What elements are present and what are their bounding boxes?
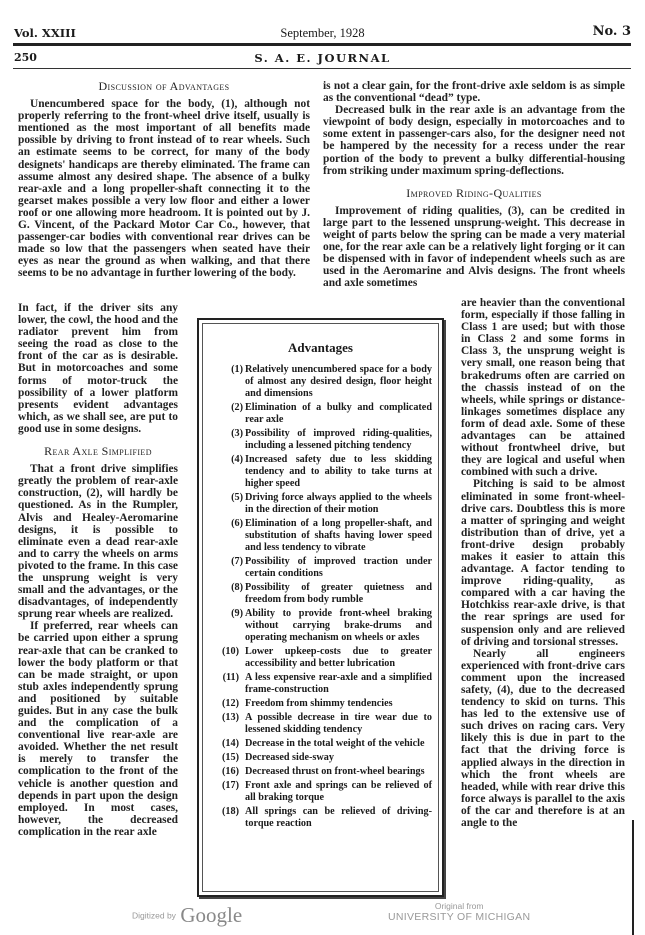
original-from-label: Original from [388,901,530,911]
advantage-item: (11)A less expensive rear-axle and a sim… [199,672,432,696]
advantages-box: Advantages (1)Relatively unencumbered sp… [197,318,444,897]
advantage-item: (3)Possibility of improved riding-qualit… [199,428,432,452]
page-edge-line [632,820,634,935]
header-rule-thin [13,68,631,69]
journal-title: S. A. E. JOURNAL [14,51,631,65]
section-heading-rear-axle: Rear Axle Simplified [18,445,178,457]
advantage-item: (13)A possible decrease in tire wear due… [199,712,432,736]
issue-number: No. 3 [593,24,631,39]
paragraph-rear-axle-3: Decreased bulk in the rear axle is an ad… [323,104,625,177]
paragraph-riding-1: Improvement of riding qualities, (3), ca… [323,205,625,290]
advantages-title: Advantages [199,340,442,356]
advantage-item: (12)Freedom from shimmy tendencies [199,698,432,710]
paragraph-riding-1-cont: are heavier than the conventional form, … [461,297,625,478]
right-column-lower: are heavier than the conventional form, … [461,297,625,829]
advantage-item: (10)Lower upkeep-costs due to greater ac… [199,646,432,670]
digitized-by-watermark: Digitized by Google [132,903,242,928]
advantage-item: (9)Ability to provide front-wheel brakin… [199,608,432,644]
digitized-by-label: Digitized by [132,911,176,921]
advantage-item: (15)Decreased side-sway [199,752,432,764]
paragraph-riding-3: Nearly all engineers experienced with fr… [461,648,625,829]
paragraph-rear-axle-2: If preferred, rear wheels can be carried… [18,620,178,838]
advantage-item: (16)Decreased thrust on front-wheel bear… [199,766,432,778]
institution-label: UNIVERSITY OF MICHIGAN [388,911,530,923]
header-rule-thick [13,43,631,46]
google-logo: Google [180,903,242,927]
paragraph-discussion-1-cont: In fact, if the driver sits any lower, t… [18,302,178,435]
advantage-item: (2)Elimination of a bulky and complicate… [199,402,432,426]
advantage-item: (7)Possibility of improved traction unde… [199,556,432,580]
advantage-item: (17)Front axle and springs can be reliev… [199,780,432,804]
advantages-list: (1)Relatively unencumbered space for a b… [199,364,432,832]
section-heading-riding: Improved Riding-Qualities [323,187,625,199]
advantage-item: (4)Increased safety due to less skidding… [199,454,432,490]
advantage-item: (14)Decrease in the total weight of the … [199,738,432,750]
left-column-upper: Discussion of Advantages Unencumbered sp… [18,80,310,280]
paragraph-riding-2: Pitching is said to be almost eliminated… [461,478,625,647]
section-heading-discussion: Discussion of Advantages [18,80,310,92]
left-column-lower: In fact, if the driver sits any lower, t… [18,302,178,838]
issue-date: September, 1928 [14,26,631,41]
advantage-item: (8)Possibility of greater quietness and … [199,582,432,606]
advantage-item: (18)All springs can be relieved of drivi… [199,806,432,830]
paragraph-discussion-1: Unencumbered space for the body, (1), al… [18,98,310,279]
page-header: 250 S. A. E. JOURNAL [14,51,631,67]
advantage-item: (1)Relatively unencumbered space for a b… [199,364,432,400]
paragraph-rear-axle-1: That a front drive simplifies greatly th… [18,463,178,620]
right-column-upper: is not a clear gain, for the front-drive… [323,80,625,290]
advantage-item: (6)Elimination of a long propeller-shaft… [199,518,432,554]
paragraph-rear-axle-2-cont: is not a clear gain, for the front-drive… [323,80,625,104]
advantage-item: (5)Driving force always applied to the w… [199,492,432,516]
running-header: Vol. XXIII September, 1928 No. 3 [14,26,631,42]
original-from-watermark: Original from UNIVERSITY OF MICHIGAN [388,901,530,923]
